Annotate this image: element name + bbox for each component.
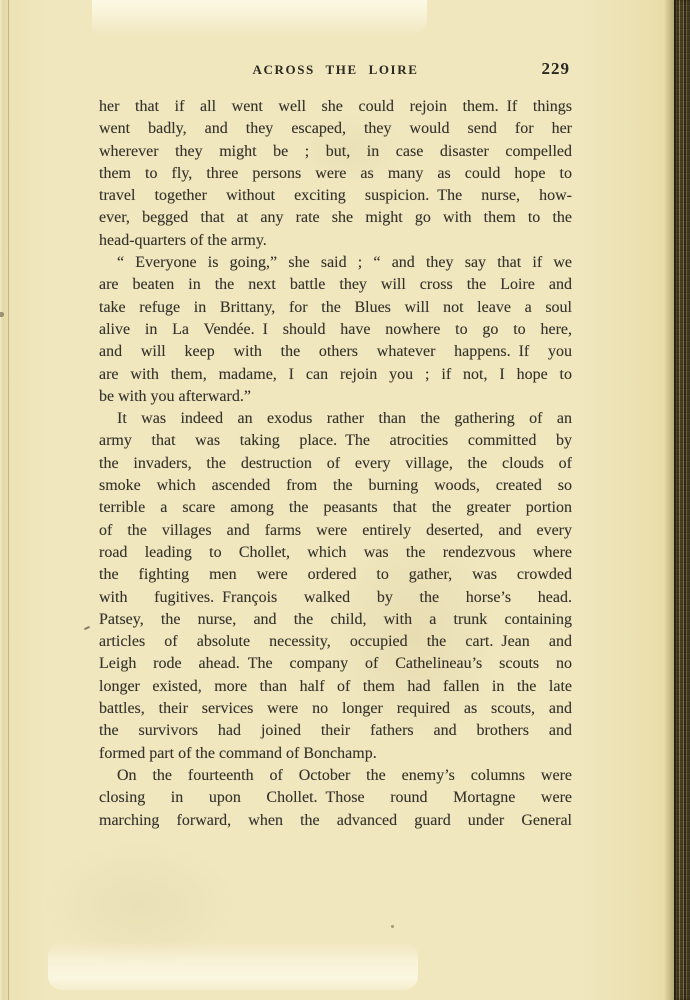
text-line: went badly, and they escaped, they would… [99, 118, 572, 140]
book-page-scan: ACROSS THE LOIRE 229 her that if all wen… [0, 0, 690, 1000]
scan-light-band-bottom [48, 942, 418, 990]
text-line: terrible a scare among the peasants that… [99, 497, 572, 519]
text-line: travel together without exciting suspici… [99, 185, 572, 207]
page-crease-line [8, 0, 9, 1000]
text-line: are beaten in the next battle they will … [99, 274, 572, 296]
text-line: battles, their services were no longer r… [99, 698, 572, 720]
text-line: formed part of the command of Bonchamp. [99, 743, 572, 765]
text-line: of the villages and farms were entirely … [99, 520, 572, 542]
text-line: articles of absolute necessity, occupied… [99, 631, 572, 653]
paragraph: It was indeed an exodus rather than the … [99, 408, 572, 765]
text-line: It was indeed an exodus rather than the … [99, 408, 572, 430]
text-line: them to fly, three persons were as many … [99, 163, 572, 185]
text-line: her that if all went well she could rejo… [99, 96, 572, 118]
text-line: ever, begged that at any rate she might … [99, 207, 572, 229]
text-line: are with them, madame, I can rejoin you … [99, 364, 572, 386]
page-header: ACROSS THE LOIRE 229 [99, 62, 572, 82]
text-line: Patsey, the nurse, and the child, with a… [99, 609, 572, 631]
text-line: On the fourteenth of October the enemy’s… [99, 765, 572, 787]
running-title: ACROSS THE LOIRE [99, 62, 572, 78]
text-line: wherever they might be ; but, in case di… [99, 141, 572, 163]
text-line: head-quarters of the army. [99, 230, 572, 252]
page-curl-shadow [664, 0, 674, 1000]
text-block: her that if all went well she could rejo… [99, 96, 572, 832]
text-line: the fighting men were ordered to gather,… [99, 564, 572, 586]
text-line: smoke which ascended from the burning wo… [99, 475, 572, 497]
text-line: marching forward, when the advanced guar… [99, 810, 572, 832]
text-line: army that was taking place. The atrociti… [99, 430, 572, 452]
paper-speck [391, 925, 394, 928]
text-line: and will keep with the others whatever h… [99, 341, 572, 363]
text-line: be with you afterward.” [99, 386, 572, 408]
text-line: Leigh rode ahead. The company of Catheli… [99, 653, 572, 675]
text-line: the invaders, the destruction of every v… [99, 453, 572, 475]
paragraph: her that if all went well she could rejo… [99, 96, 572, 252]
paragraph: “ Everyone is going,” she said ; “ and t… [99, 252, 572, 408]
text-line: the survivors had joined their fathers a… [99, 720, 572, 742]
text-line: closing in upon Chollet. Those round Mor… [99, 787, 572, 809]
book-edge-texture [674, 0, 690, 1000]
margin-mark [84, 626, 90, 630]
text-line: take refuge in Brittany, for the Blues w… [99, 297, 572, 319]
paragraph: On the fourteenth of October the enemy’s… [99, 765, 572, 832]
text-line: road leading to Chollet, which was the r… [99, 542, 572, 564]
text-line: “ Everyone is going,” she said ; “ and t… [99, 252, 572, 274]
edge-speck [0, 312, 4, 317]
text-line: alive in La Vendée. I should have nowher… [99, 319, 572, 341]
text-line: with fugitives. François walked by the h… [99, 587, 572, 609]
text-line: longer existed, more than half of them h… [99, 676, 572, 698]
page-number: 229 [542, 59, 571, 79]
scan-light-band-top [92, 0, 427, 36]
